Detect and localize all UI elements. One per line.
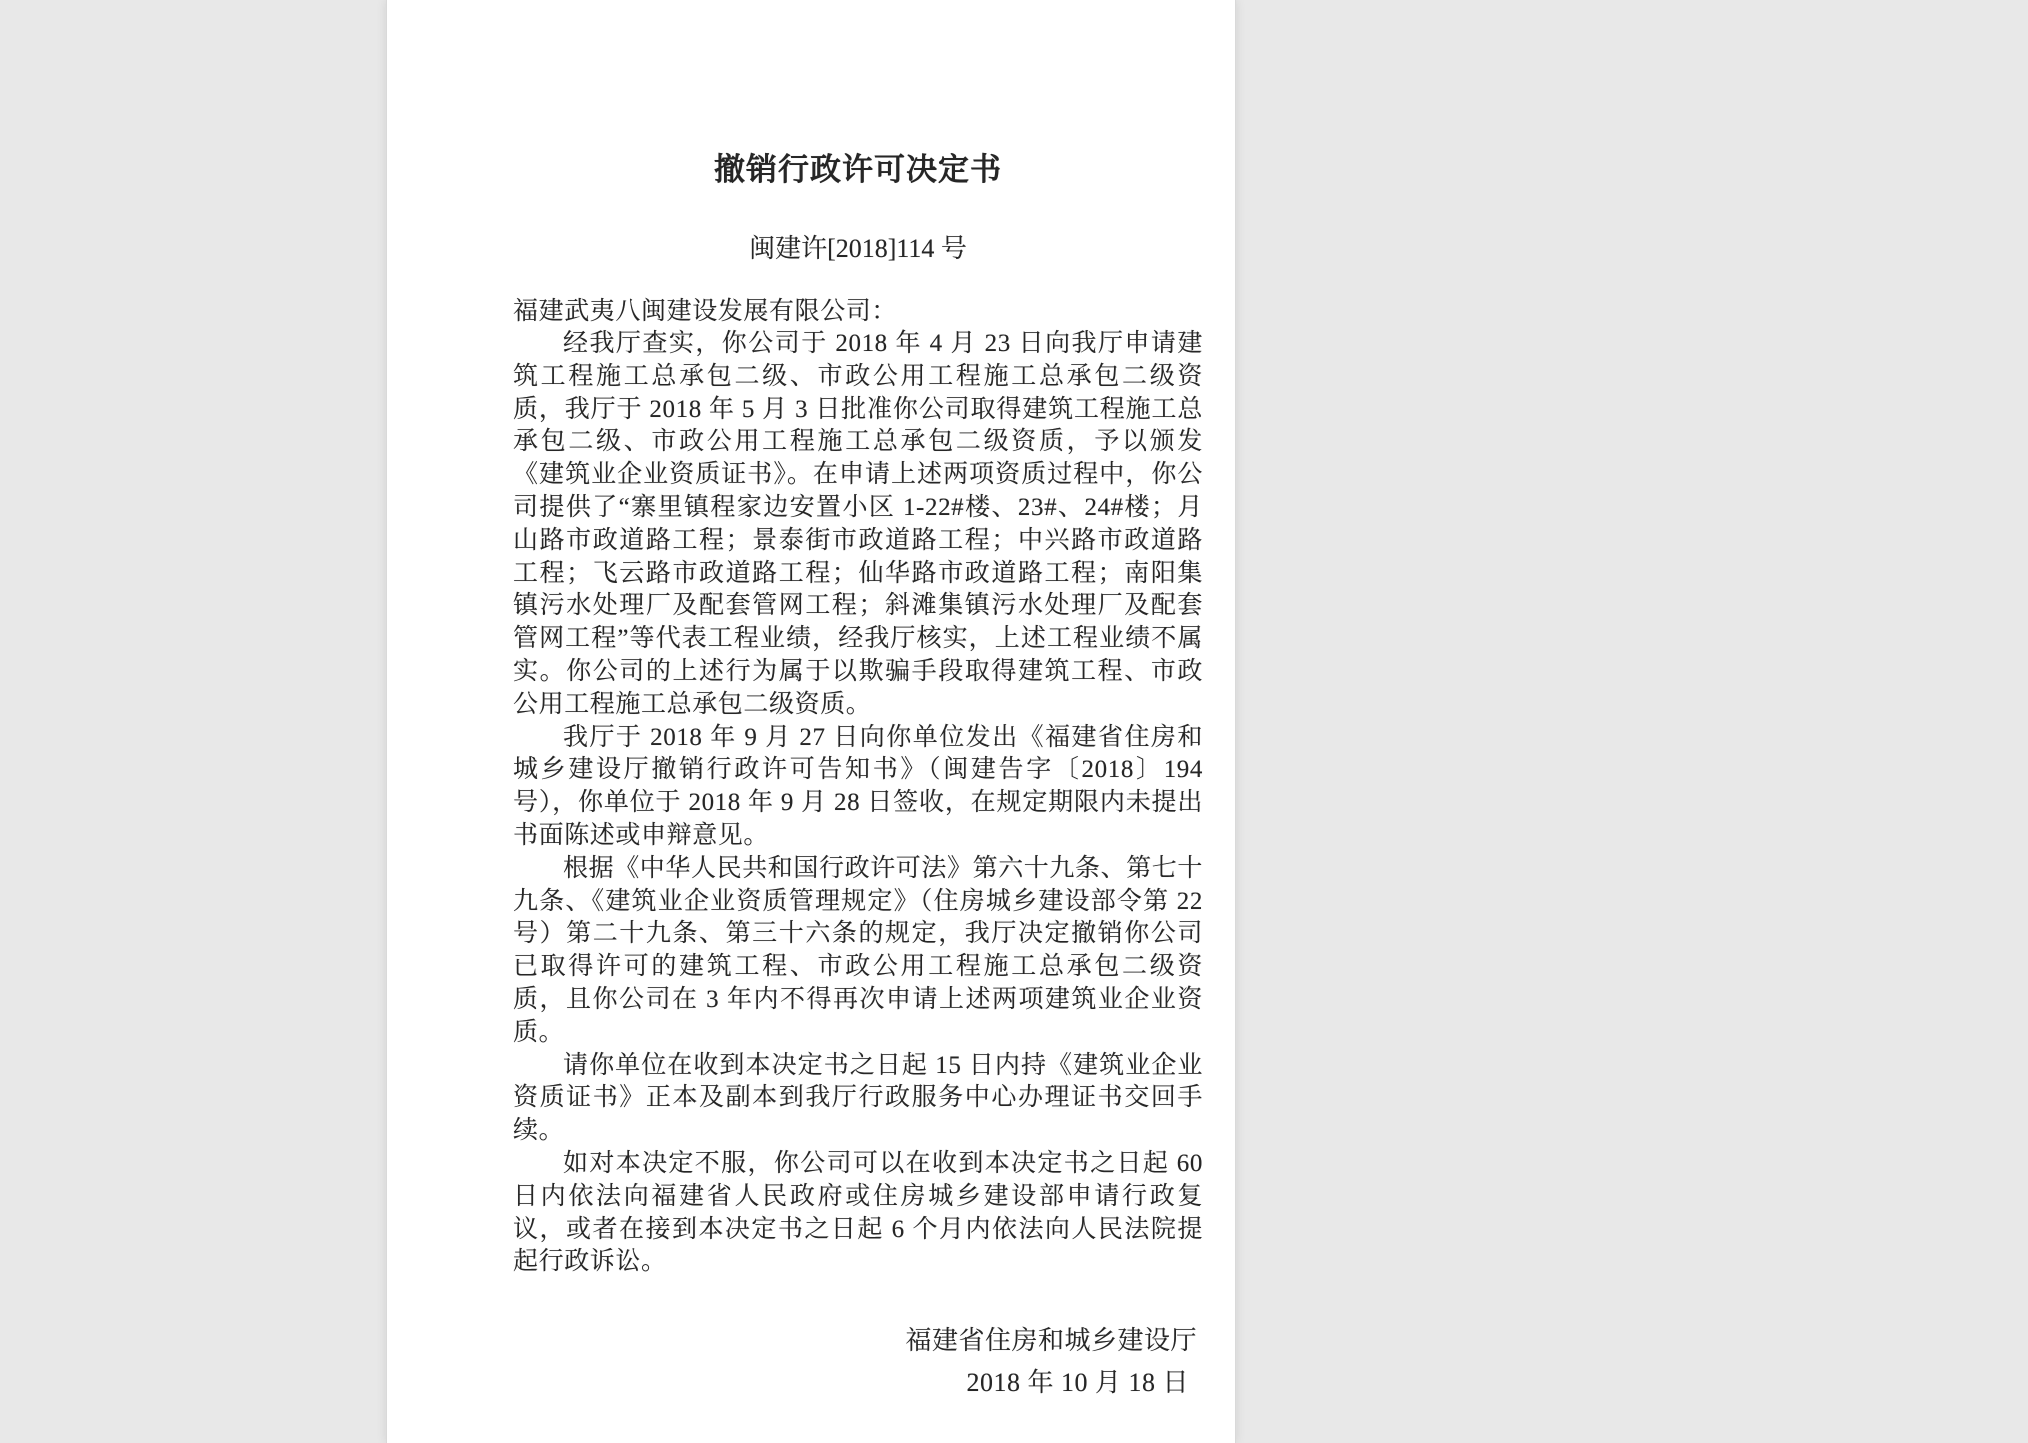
paragraph: 如对本决定不服，你公司可以在收到本决定书之日起 60 日内依法向福建省人民政府或… [513, 1148, 1203, 1279]
document-content: 撤销行政许可决定书 闽建许[2018]114 号 福建武夷八闽建设发展有限公司：… [513, 0, 1203, 1399]
issue-date: 2018 年 10 月 18 日 [513, 1366, 1203, 1399]
addressee-line: 福建武夷八闽建设发展有限公司： [513, 295, 1203, 328]
document-body: 经我厅查实，你公司于 2018 年 4 月 23 日向我厅申请建筑工程施工总承包… [513, 328, 1203, 1279]
paragraph: 我厅于 2018 年 9 月 27 日向你单位发出《福建省住房和城乡建设厅撤销行… [513, 722, 1203, 853]
paragraph: 根据《中华人民共和国行政许可法》第六十九条、第七十九条、《建筑业企业资质管理规定… [513, 853, 1203, 1050]
document-number: 闽建许[2018]114 号 [513, 232, 1203, 266]
screenshot-background: { "page": { "background_color": "#e8e8e8… [0, 0, 2028, 1443]
document-page: 撤销行政许可决定书 闽建许[2018]114 号 福建武夷八闽建设发展有限公司：… [386, 0, 1236, 1443]
paragraph: 请你单位在收到本决定书之日起 15 日内持《建筑业企业资质证书》正本及副本到我厅… [513, 1050, 1203, 1148]
paragraph: 经我厅查实，你公司于 2018 年 4 月 23 日向我厅申请建筑工程施工总承包… [513, 328, 1203, 722]
document-title: 撤销行政许可决定书 [513, 150, 1203, 190]
issuing-authority-signature: 福建省住房和城乡建设厅 [513, 1324, 1203, 1357]
